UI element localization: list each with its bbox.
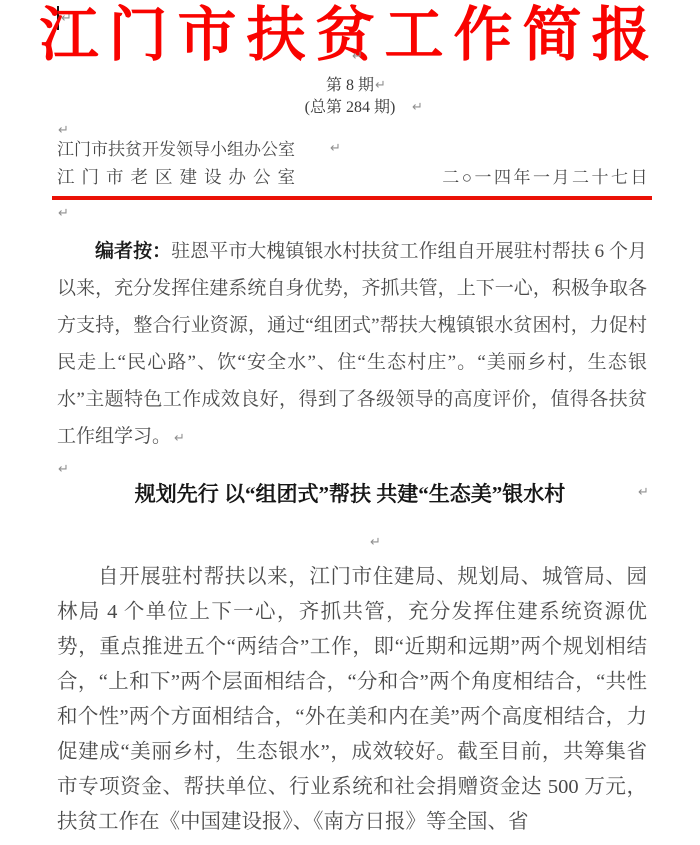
paragraph-mark: ↵ [58, 207, 69, 220]
editor-note-label: 编者按： [95, 241, 171, 262]
masthead-divider [52, 196, 652, 200]
article-body-paragraph: 自开展驻村帮扶以来，江门市住建局、规划局、城管局、园林局 4 个单位上下一心，齐… [57, 560, 647, 840]
bulletin-title: 江门市扶贫工作简报 [0, 0, 700, 70]
paragraph-mark: ↵ [58, 124, 69, 137]
paragraph-mark: ↵ [171, 420, 185, 457]
paragraph-mark: ↵ [412, 101, 423, 114]
issue-date: 二○一四年一月二十七日 [442, 163, 650, 188]
paragraph-mark: ↵ [330, 142, 341, 155]
issuing-office-line1: 江门市扶贫开发领导小组办公室 [57, 139, 295, 161]
paragraph-mark: ↵ [638, 486, 649, 499]
editor-note-paragraph: 编者按：驻恩平市大槐镇银水村扶贫工作组自开展驻村帮扶 6 个月以来，充分发挥住建… [57, 233, 647, 457]
issuing-office-row: 江门市老区建设办公室 二○一四年一月二十七日 [57, 163, 650, 189]
article-headline: 规划先行 以“组团式”帮扶 共建“生态美”银水村 [0, 479, 700, 509]
issue-number: 第 8 期 [0, 75, 700, 97]
paragraph-mark: ↵ [375, 79, 386, 92]
document-page: ↵ 江门市扶贫工作简报 ↵ 第 8 期 ↵ (总第 284 期) ↵ ↵ 江门市… [0, 0, 700, 845]
paragraph-mark: ↵ [352, 50, 363, 63]
paragraph-mark: ↵ [58, 463, 69, 476]
article-body-text: 自开展驻村帮扶以来，江门市住建局、规划局、城管局、园林局 4 个单位上下一心，齐… [57, 566, 647, 833]
editor-note-text: 驻恩平市大槐镇银水村扶贫工作组自开展驻村帮扶 6 个月以来，充分发挥住建系统自身… [57, 241, 647, 447]
paragraph-mark: ↵ [370, 536, 381, 549]
cumulative-issue-number: (总第 284 期) [0, 97, 700, 119]
issuing-office-line2: 江门市老区建设办公室 [57, 164, 302, 189]
